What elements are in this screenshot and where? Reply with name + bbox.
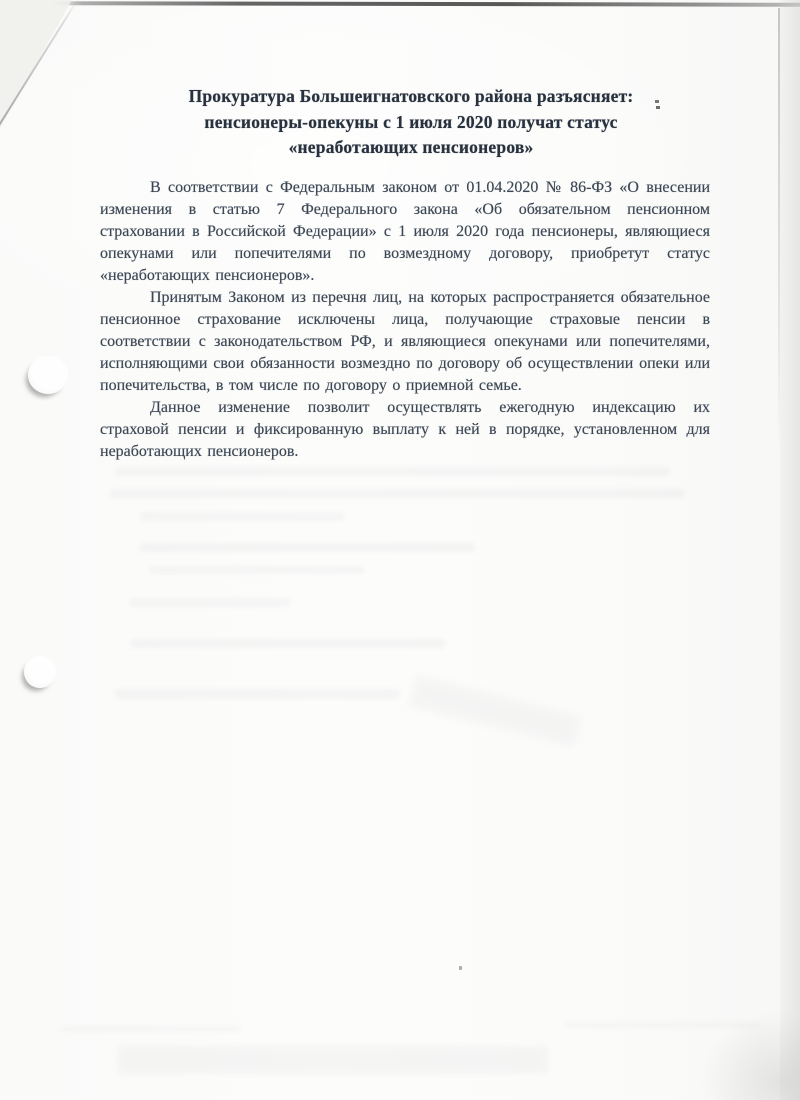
bleed-through-mark <box>565 1022 760 1028</box>
paragraph-2: Принятым Законом из перечня лиц, на кото… <box>100 287 710 397</box>
bleed-through-mark <box>130 598 290 607</box>
scanned-page: Прокуратура Большеигнатовского района ра… <box>0 0 800 1100</box>
bleed-through-mark <box>140 543 475 552</box>
punch-hole-top <box>28 356 68 394</box>
bleed-through-mark <box>60 1026 240 1032</box>
scan-top-edge-line <box>52 1 800 7</box>
bleed-through-mark <box>115 689 400 699</box>
page-corner-fold <box>0 0 90 135</box>
bleed-through-mark <box>150 566 365 574</box>
bleed-through-smudge <box>118 1046 548 1074</box>
title-line-3: «неработающих пенсионеров» <box>118 135 704 161</box>
scan-right-edge-shade <box>780 0 800 1100</box>
bleed-through-mark <box>115 467 670 476</box>
bleed-through-smudge <box>409 675 582 747</box>
paragraph-3: Данное изменение позволит осуществлять е… <box>100 397 710 463</box>
paper-right-edge-line <box>778 8 780 448</box>
dust-speck <box>459 966 462 970</box>
bleed-through-mark <box>130 639 445 648</box>
document-content: Прокуратура Большеигнатовского района ра… <box>100 84 710 463</box>
bleed-through-mark <box>110 489 685 498</box>
document-title: Прокуратура Большеигнатовского района ра… <box>100 84 710 161</box>
title-line-2: пенсионеры-опекуны с 1 июля 2020 получат… <box>118 110 704 136</box>
punch-hole-bottom <box>24 656 56 688</box>
title-line-1: Прокуратура Большеигнатовского района ра… <box>118 84 704 110</box>
paragraph-1: В соответствии с Федеральным законом от … <box>100 177 710 287</box>
bleed-through-mark <box>140 512 345 521</box>
